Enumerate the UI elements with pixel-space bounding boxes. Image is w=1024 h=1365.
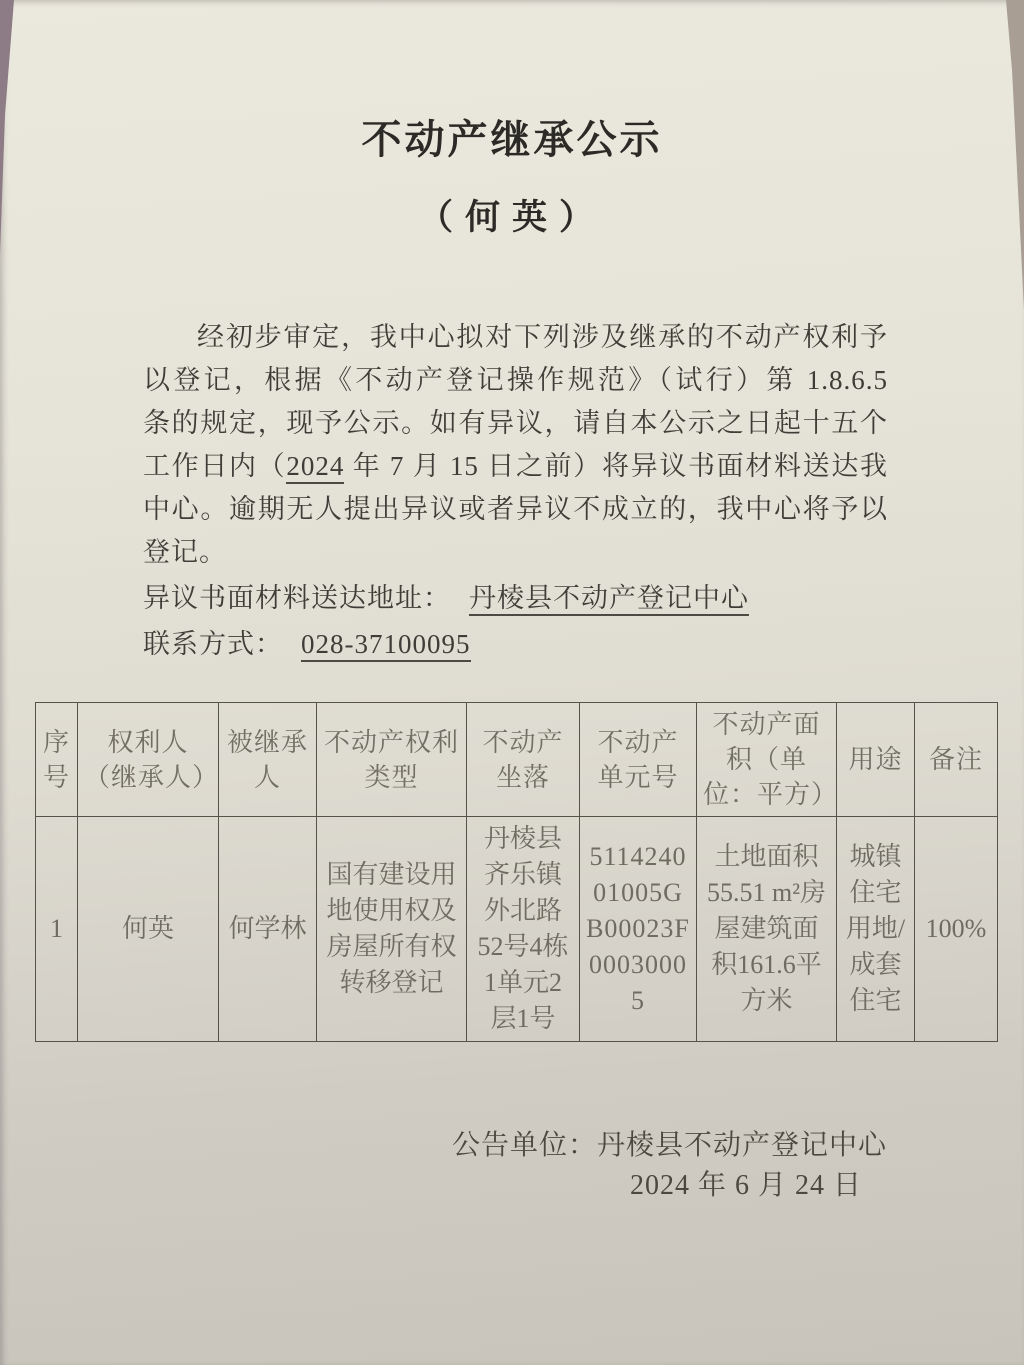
paragraph-line: 中心。逾期无人提出异议或者异议不成立的，我中心将予以: [143, 488, 888, 531]
issuer-line: 公告单位：丹棱县不动产登记中心: [452, 1128, 1024, 1164]
paragraph-line: 条的规定，现予公示。如有异议，请自本公示之日起十五个: [143, 402, 888, 445]
th-remarks: 备注: [915, 703, 998, 817]
document-page: 不动产继承公示 （何英） 经初步审定，我中心拟对下列涉及继承的不动产权利予 以登…: [0, 0, 1024, 1365]
th-usage: 用途: [837, 703, 915, 817]
page-title: 不动产继承公示: [0, 116, 1024, 164]
table-header-row: 序号 权利人（继承人） 被继承人 不动产权利类型 不动产坐落 不动产单元号 不动…: [36, 703, 998, 817]
issuer-label: 公告单位：: [452, 1130, 597, 1161]
address-label: 异议书面材料送达地址：: [143, 583, 451, 613]
page-subtitle: （何英）: [0, 196, 1024, 240]
notice-paragraph: 经初步审定，我中心拟对下列涉及继承的不动产权利予 以登记，根据《不动产登记操作规…: [143, 316, 888, 574]
th-right-type: 不动产权利类型: [317, 703, 467, 817]
contact-label: 联系方式：: [143, 629, 283, 659]
cell-unit-number: 511424001005GB00023F00030005: [580, 817, 697, 1042]
paragraph-line: 登记。: [143, 531, 888, 574]
paragraph-line: 经初步审定，我中心拟对下列涉及继承的不动产权利予: [143, 316, 888, 359]
deadline-year-underlined: 2024: [286, 451, 344, 484]
cell-remarks: 100%: [915, 817, 998, 1042]
deadline-prefix: 工作日内（: [143, 451, 286, 481]
footer-block: 公告单位：丹棱县不动产登记中心 2024 年 6 月 24 日: [452, 1128, 1024, 1204]
th-rightsholder: 权利人（继承人）: [78, 703, 219, 817]
contact-line: 联系方式：028-37100095: [143, 622, 888, 666]
address-value: 丹棱县不动产登记中心: [469, 583, 749, 616]
th-area: 不动产面积（单位：平方）: [697, 703, 837, 817]
th-location: 不动产坐落: [467, 703, 580, 817]
notice-table: 序号 权利人（继承人） 被继承人 不动产权利类型 不动产坐落 不动产单元号 不动…: [35, 702, 998, 1042]
cell-usage: 城镇住宅用地/成套住宅: [837, 817, 915, 1042]
th-serial: 序号: [36, 703, 78, 817]
paragraph-line: 工作日内（2024 年 7 月 15 日之前）将异议书面材料送达我: [143, 445, 888, 488]
cell-rightsholder: 何英: [78, 817, 219, 1042]
photo-scene: 不动产继承公示 （何英） 经初步审定，我中心拟对下列涉及继承的不动产权利予 以登…: [0, 0, 1024, 1365]
cell-area: 土地面积55.51 m²房屋建筑面积161.6平方米: [697, 817, 837, 1042]
th-decedent: 被继承人: [219, 703, 317, 817]
address-line: 异议书面材料送达地址：丹棱县不动产登记中心: [143, 576, 888, 620]
cell-location: 丹棱县齐乐镇外北路52号4栋1单元2层1号: [467, 817, 580, 1042]
issuer-name: 丹棱县不动产登记中心: [597, 1130, 887, 1161]
cell-right-type: 国有建设用地使用权及房屋所有权转移登记: [317, 817, 467, 1042]
deadline-suffix: 年 7 月 15 日之前）将异议书面材料送达我: [344, 451, 888, 481]
cell-serial: 1: [36, 817, 78, 1042]
table-row: 1 何英 何学林 国有建设用地使用权及房屋所有权转移登记 丹棱县齐乐镇外北路52…: [36, 817, 998, 1042]
issue-date: 2024 年 6 月 24 日: [630, 1168, 1024, 1204]
paragraph-line: 以登记，根据《不动产登记操作规范》（试行）第 1.8.6.5: [143, 359, 888, 402]
contact-phone: 028-37100095: [301, 629, 471, 662]
th-unit-number: 不动产单元号: [580, 703, 697, 817]
cell-decedent: 何学林: [219, 817, 317, 1042]
